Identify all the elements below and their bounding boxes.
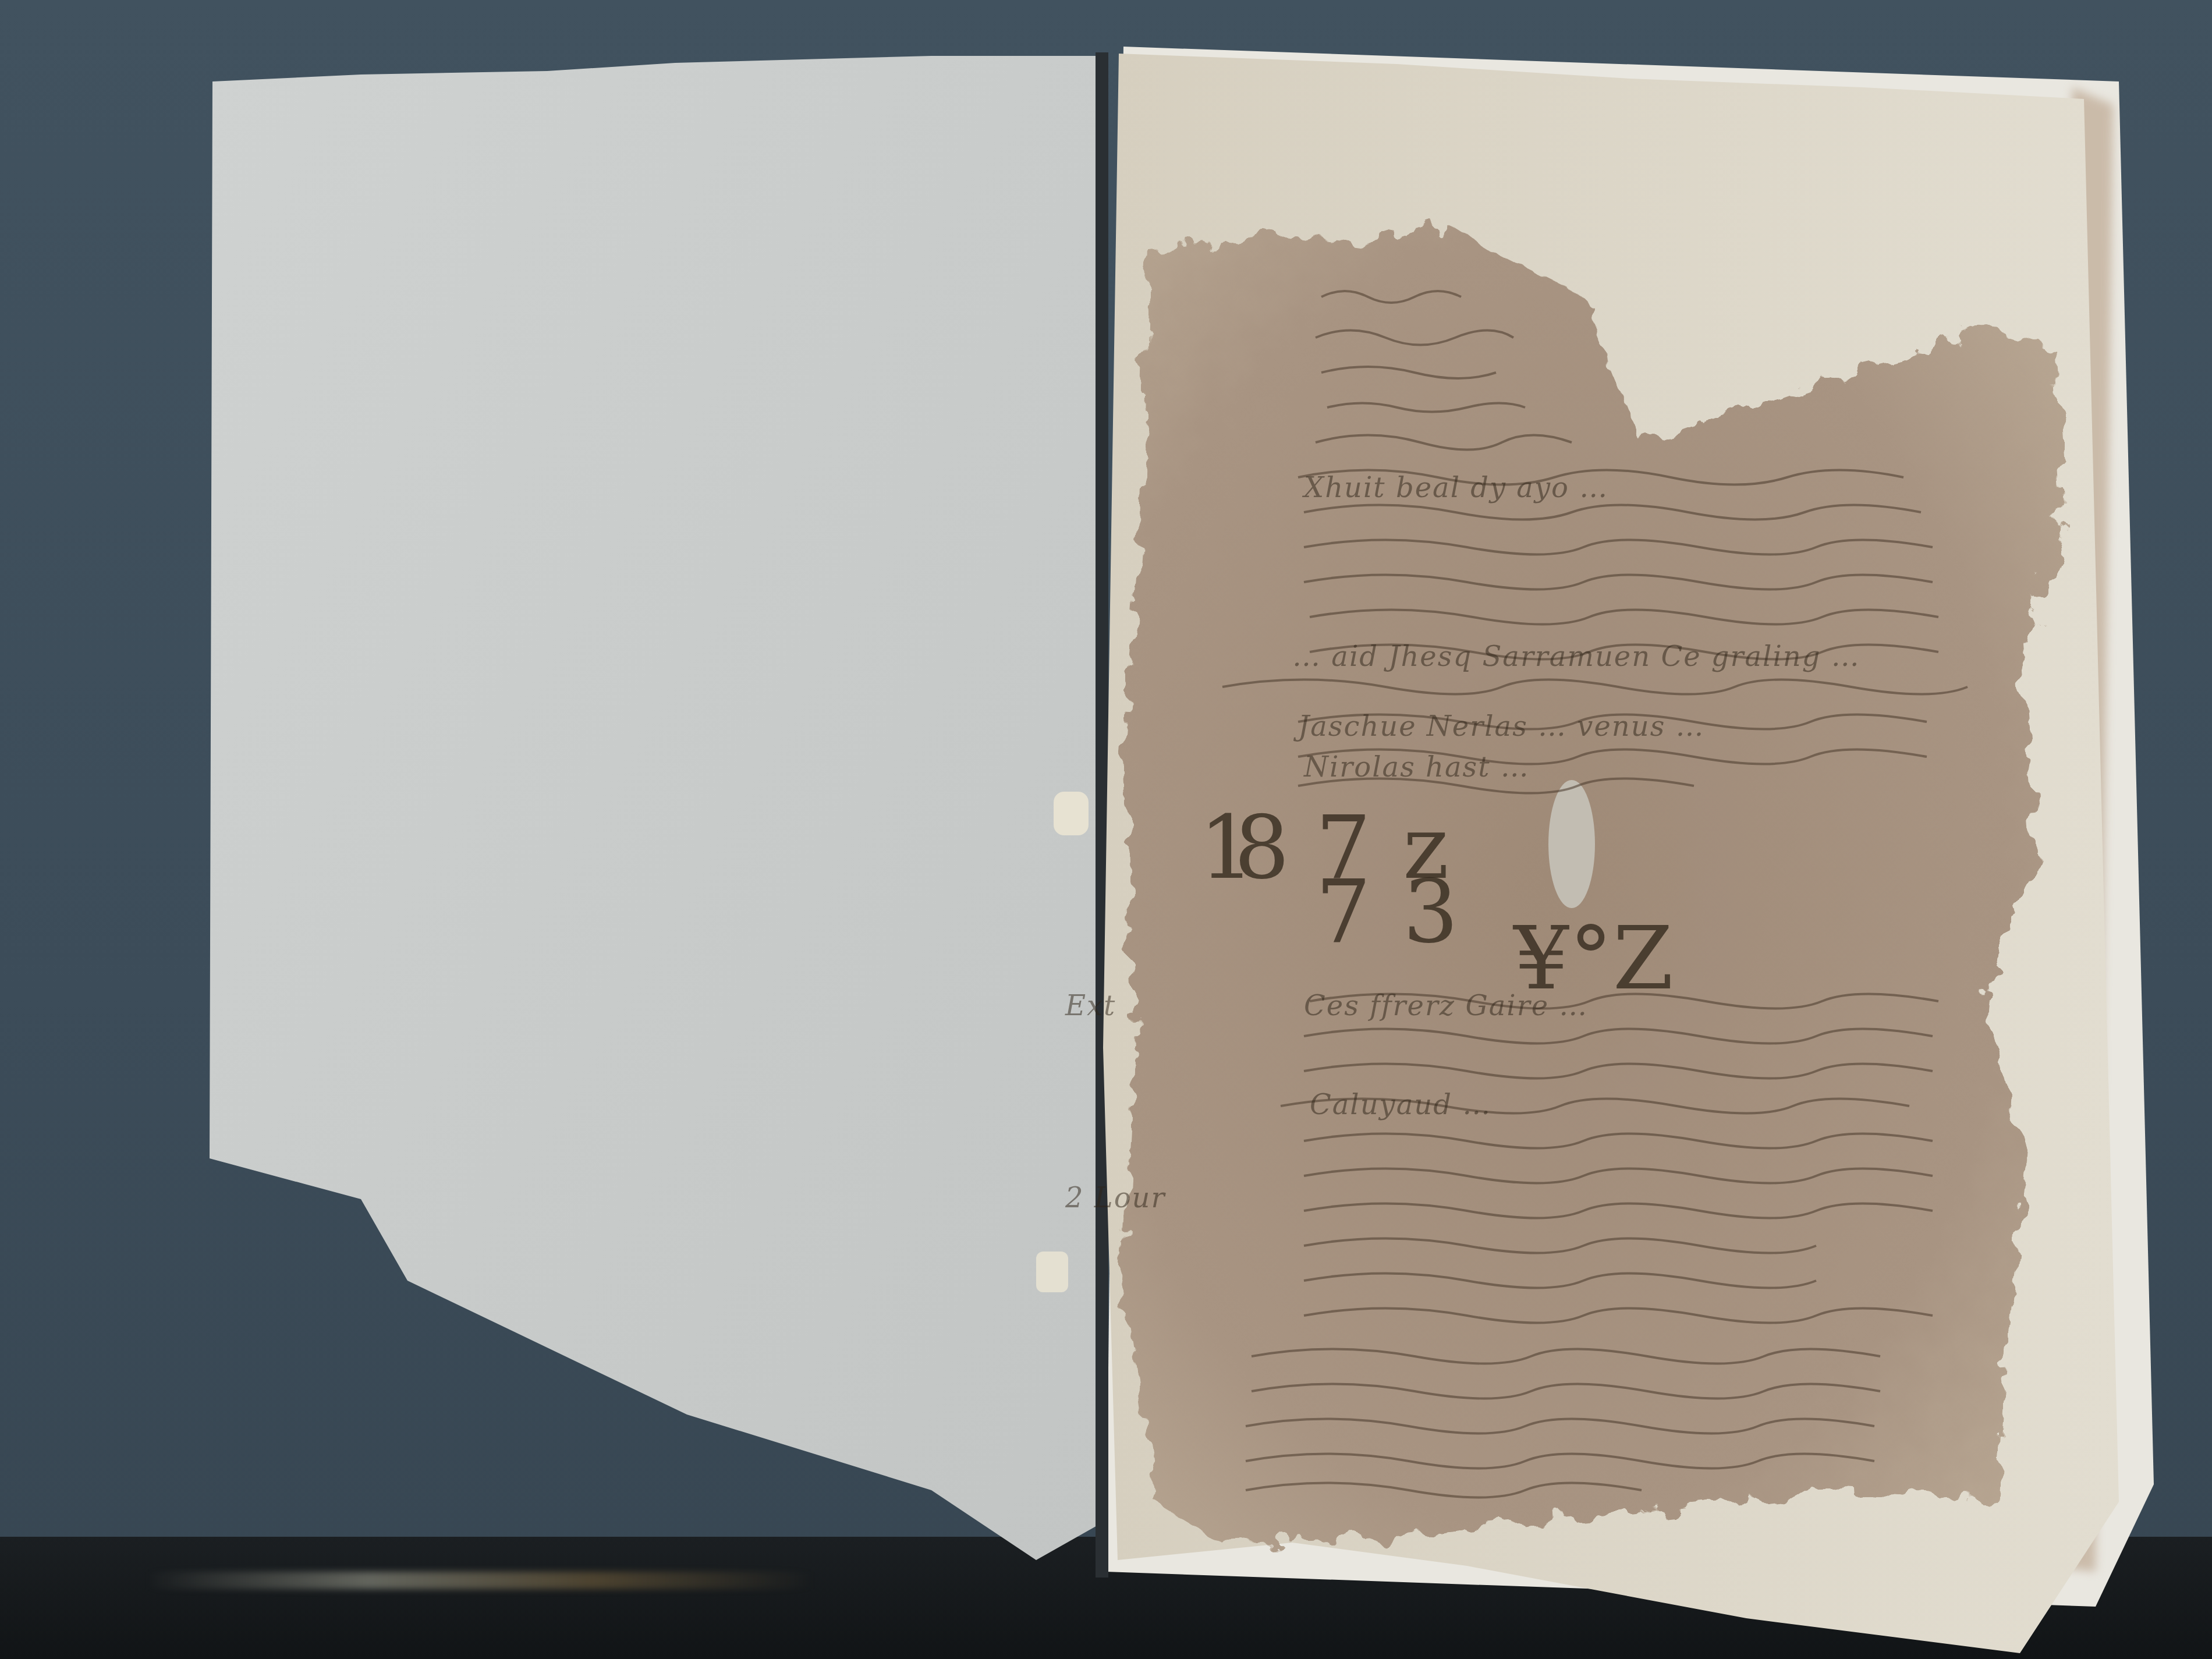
book-illustration <box>0 0 2212 1659</box>
left-flyleaf <box>210 56 1103 1560</box>
gutter-shadow <box>1096 52 1108 1578</box>
manuscript-fragment <box>1123 221 2066 1543</box>
